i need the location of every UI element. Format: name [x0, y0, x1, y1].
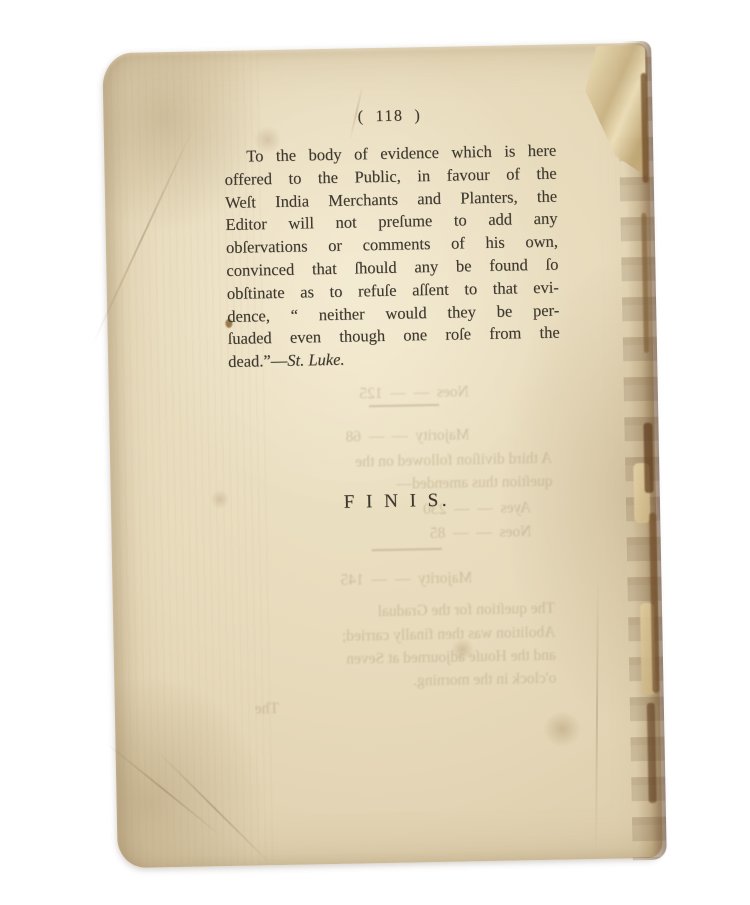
ghost-line: o'clock in the morning. [209, 670, 564, 695]
crease-line [104, 741, 222, 837]
finis-label: F I N I S. [231, 488, 563, 516]
photo-background: Noes — — 125 Majority — — 68 A third div… [0, 0, 750, 905]
ghost-line: Majority — — 145 [207, 568, 562, 593]
text-column: ( 118 ) To the body of evidence which is… [222, 45, 563, 516]
corner-fold [579, 45, 648, 178]
ghost-rule [372, 548, 442, 551]
closing-attribution: St. Luke. [287, 350, 345, 370]
page-number: ( 118 ) [223, 105, 555, 129]
ghost-line: Noes — — 85 [206, 523, 561, 548]
crease-line [595, 574, 599, 854]
closing-text: dead.”— [228, 351, 287, 371]
ghost-line: Abolition was then finally carried; [208, 624, 563, 649]
ghost-line: and the Houſe adjourned at Seven [209, 647, 564, 672]
ghost-catchword: The [210, 695, 565, 720]
crease-line [156, 750, 271, 864]
body-paragraph: To the body of evidence which is here of… [224, 140, 560, 374]
book-page: Noes — — 125 Majority — — 68 A third div… [102, 43, 663, 868]
crease-line [91, 127, 194, 346]
ghost-line: The queſtion for the Gradual [208, 600, 563, 625]
binding-chip [643, 423, 653, 493]
